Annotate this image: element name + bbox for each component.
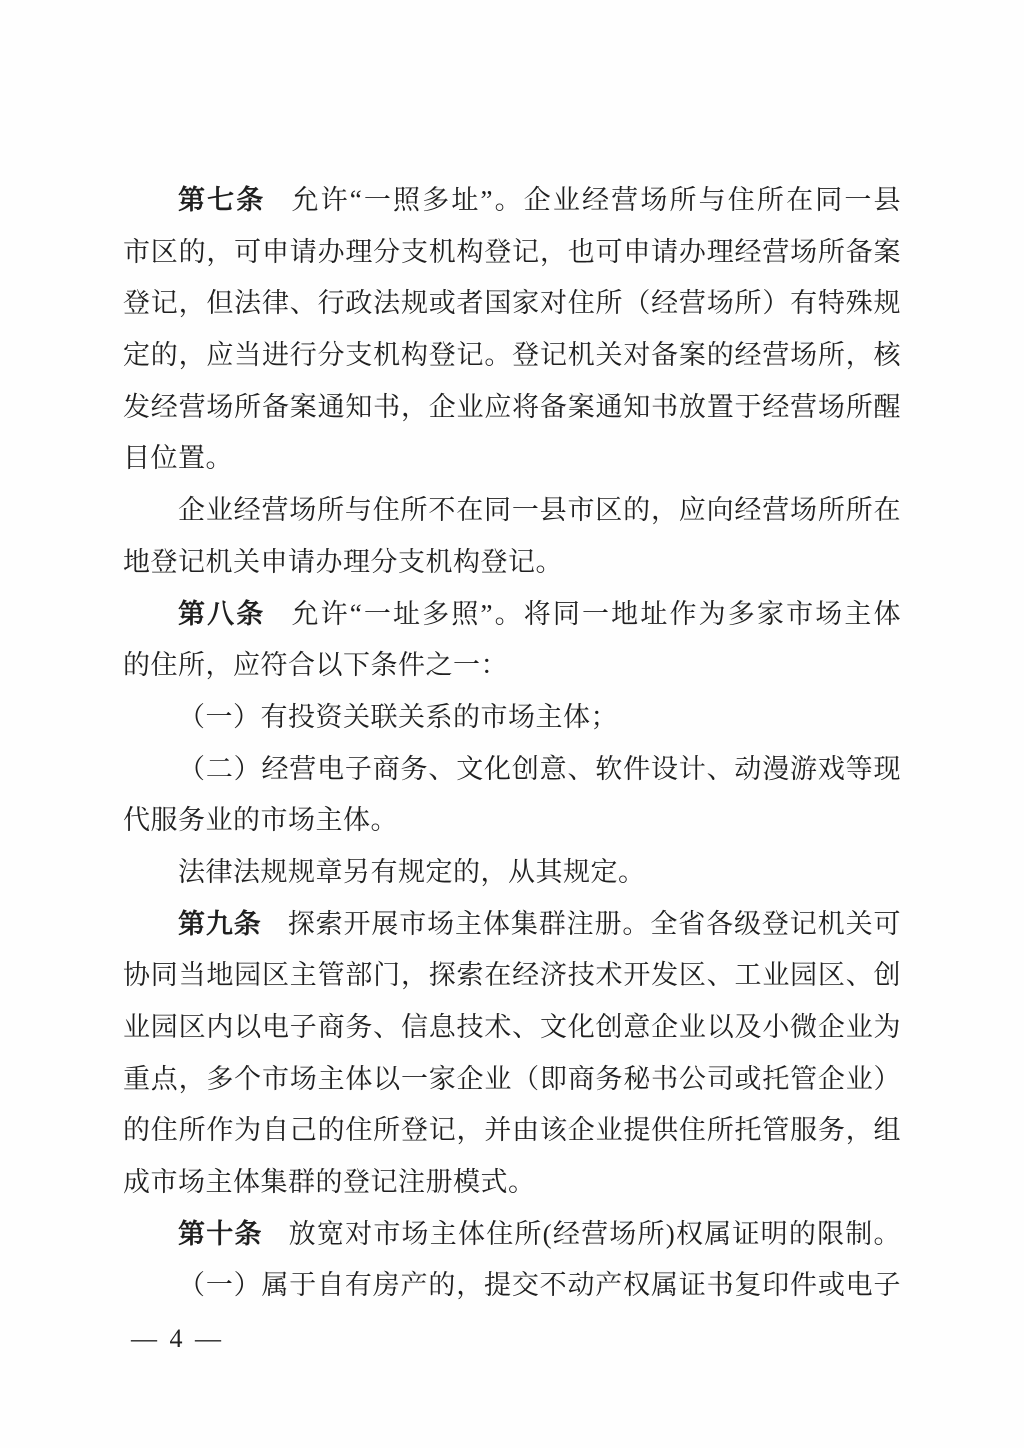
line-text: 法律法规规章另有规定的，从其规定。 [178, 857, 646, 887]
line-text: 地登记机关申请办理分支机构登记。 [123, 547, 563, 577]
text-line: 市区的，可申请办理分支机构登记，也可申请办理经营场所备案 [123, 227, 901, 279]
line-text: 允许“一址多照”。将同一地址作为多家市场主体 [291, 599, 901, 629]
text-line: 第十条放宽对市场主体住所(经营场所)权属证明的限制。 [123, 1209, 901, 1261]
text-line: 企业经营场所与住所不在同一县市区的，应向经营场所所在 [123, 485, 901, 537]
line-text: （一）属于自有房产的，提交不动产权属证书复印件或电子 [178, 1270, 901, 1300]
text-line: （一）有投资关联关系的市场主体； [123, 692, 901, 744]
line-text: 企业经营场所与住所不在同一县市区的，应向经营场所所在 [178, 495, 901, 525]
line-text: 成市场主体集群的登记注册模式。 [123, 1167, 536, 1197]
text-line: 法律法规规章另有规定的，从其规定。 [123, 847, 901, 899]
text-line: 目位置。 [123, 433, 901, 485]
text-line: 第八条允许“一址多照”。将同一地址作为多家市场主体 [123, 589, 901, 641]
text-line: 地登记机关申请办理分支机构登记。 [123, 537, 901, 589]
line-text: 代服务业的市场主体。 [123, 805, 398, 835]
text-line: 发经营场所备案通知书，企业应将备案通知书放置于经营场所醒 [123, 382, 901, 434]
text-line: 第九条探索开展市场主体集群注册。全省各级登记机关可 [123, 899, 901, 951]
line-text: 的住所作为自己的住所登记，并由该企业提供住所托管服务，组 [123, 1115, 901, 1145]
line-text: 探索开展市场主体集群注册。全省各级登记机关可 [288, 909, 901, 939]
document-body: 第七条允许“一照多址”。企业经营场所与住所在同一县市区的，可申请办理分支机构登记… [123, 175, 901, 1312]
article-number: 第九条 [178, 909, 262, 939]
line-text: 目位置。 [123, 443, 233, 473]
line-text: 业园区内以电子商务、信息技术、文化创意企业以及小微企业为 [123, 1012, 901, 1042]
text-line: （一）属于自有房产的，提交不动产权属证书复印件或电子 [123, 1260, 901, 1312]
line-text: 的住所，应符合以下条件之一： [123, 650, 508, 680]
line-text: （二）经营电子商务、文化创意、软件设计、动漫游戏等现 [178, 754, 901, 784]
line-text: 协同当地园区主管部门，探索在经济技术开发区、工业园区、创 [123, 960, 901, 990]
text-line: 业园区内以电子商务、信息技术、文化创意企业以及小微企业为 [123, 1002, 901, 1054]
article-number: 第七条 [178, 185, 265, 215]
line-text: 定的，应当进行分支机构登记。登记机关对备案的经营场所，核 [123, 340, 901, 370]
article-number: 第八条 [178, 599, 265, 629]
line-text: 市区的，可申请办理分支机构登记，也可申请办理经营场所备案 [123, 237, 901, 267]
text-line: 第七条允许“一照多址”。企业经营场所与住所在同一县 [123, 175, 901, 227]
line-text: （一）有投资关联关系的市场主体； [178, 702, 618, 732]
text-line: 的住所，应符合以下条件之一： [123, 640, 901, 692]
line-text: 发经营场所备案通知书，企业应将备案通知书放置于经营场所醒 [123, 392, 901, 422]
text-line: 登记，但法律、行政法规或者国家对住所（经营场所）有特殊规 [123, 278, 901, 330]
text-line: 成市场主体集群的登记注册模式。 [123, 1157, 901, 1209]
document-page: 第七条允许“一照多址”。企业经营场所与住所在同一县市区的，可申请办理分支机构登记… [0, 0, 1024, 1448]
line-text: 允许“一照多址”。企业经营场所与住所在同一县 [291, 185, 901, 215]
text-line: （二）经营电子商务、文化创意、软件设计、动漫游戏等现 [123, 744, 901, 796]
line-text: 重点，多个市场主体以一家企业（即商务秘书公司或托管企业） [123, 1064, 901, 1094]
line-text: 登记，但法律、行政法规或者国家对住所（经营场所）有特殊规 [123, 288, 901, 318]
line-text: 放宽对市场主体住所(经营场所)权属证明的限制。 [289, 1219, 901, 1249]
page-number: — 4 — [131, 1324, 224, 1354]
text-line: 协同当地园区主管部门，探索在经济技术开发区、工业园区、创 [123, 950, 901, 1002]
text-line: 重点，多个市场主体以一家企业（即商务秘书公司或托管企业） [123, 1054, 901, 1106]
text-line: 代服务业的市场主体。 [123, 795, 901, 847]
article-number: 第十条 [178, 1219, 263, 1249]
text-line: 定的，应当进行分支机构登记。登记机关对备案的经营场所，核 [123, 330, 901, 382]
text-line: 的住所作为自己的住所登记，并由该企业提供住所托管服务，组 [123, 1105, 901, 1157]
